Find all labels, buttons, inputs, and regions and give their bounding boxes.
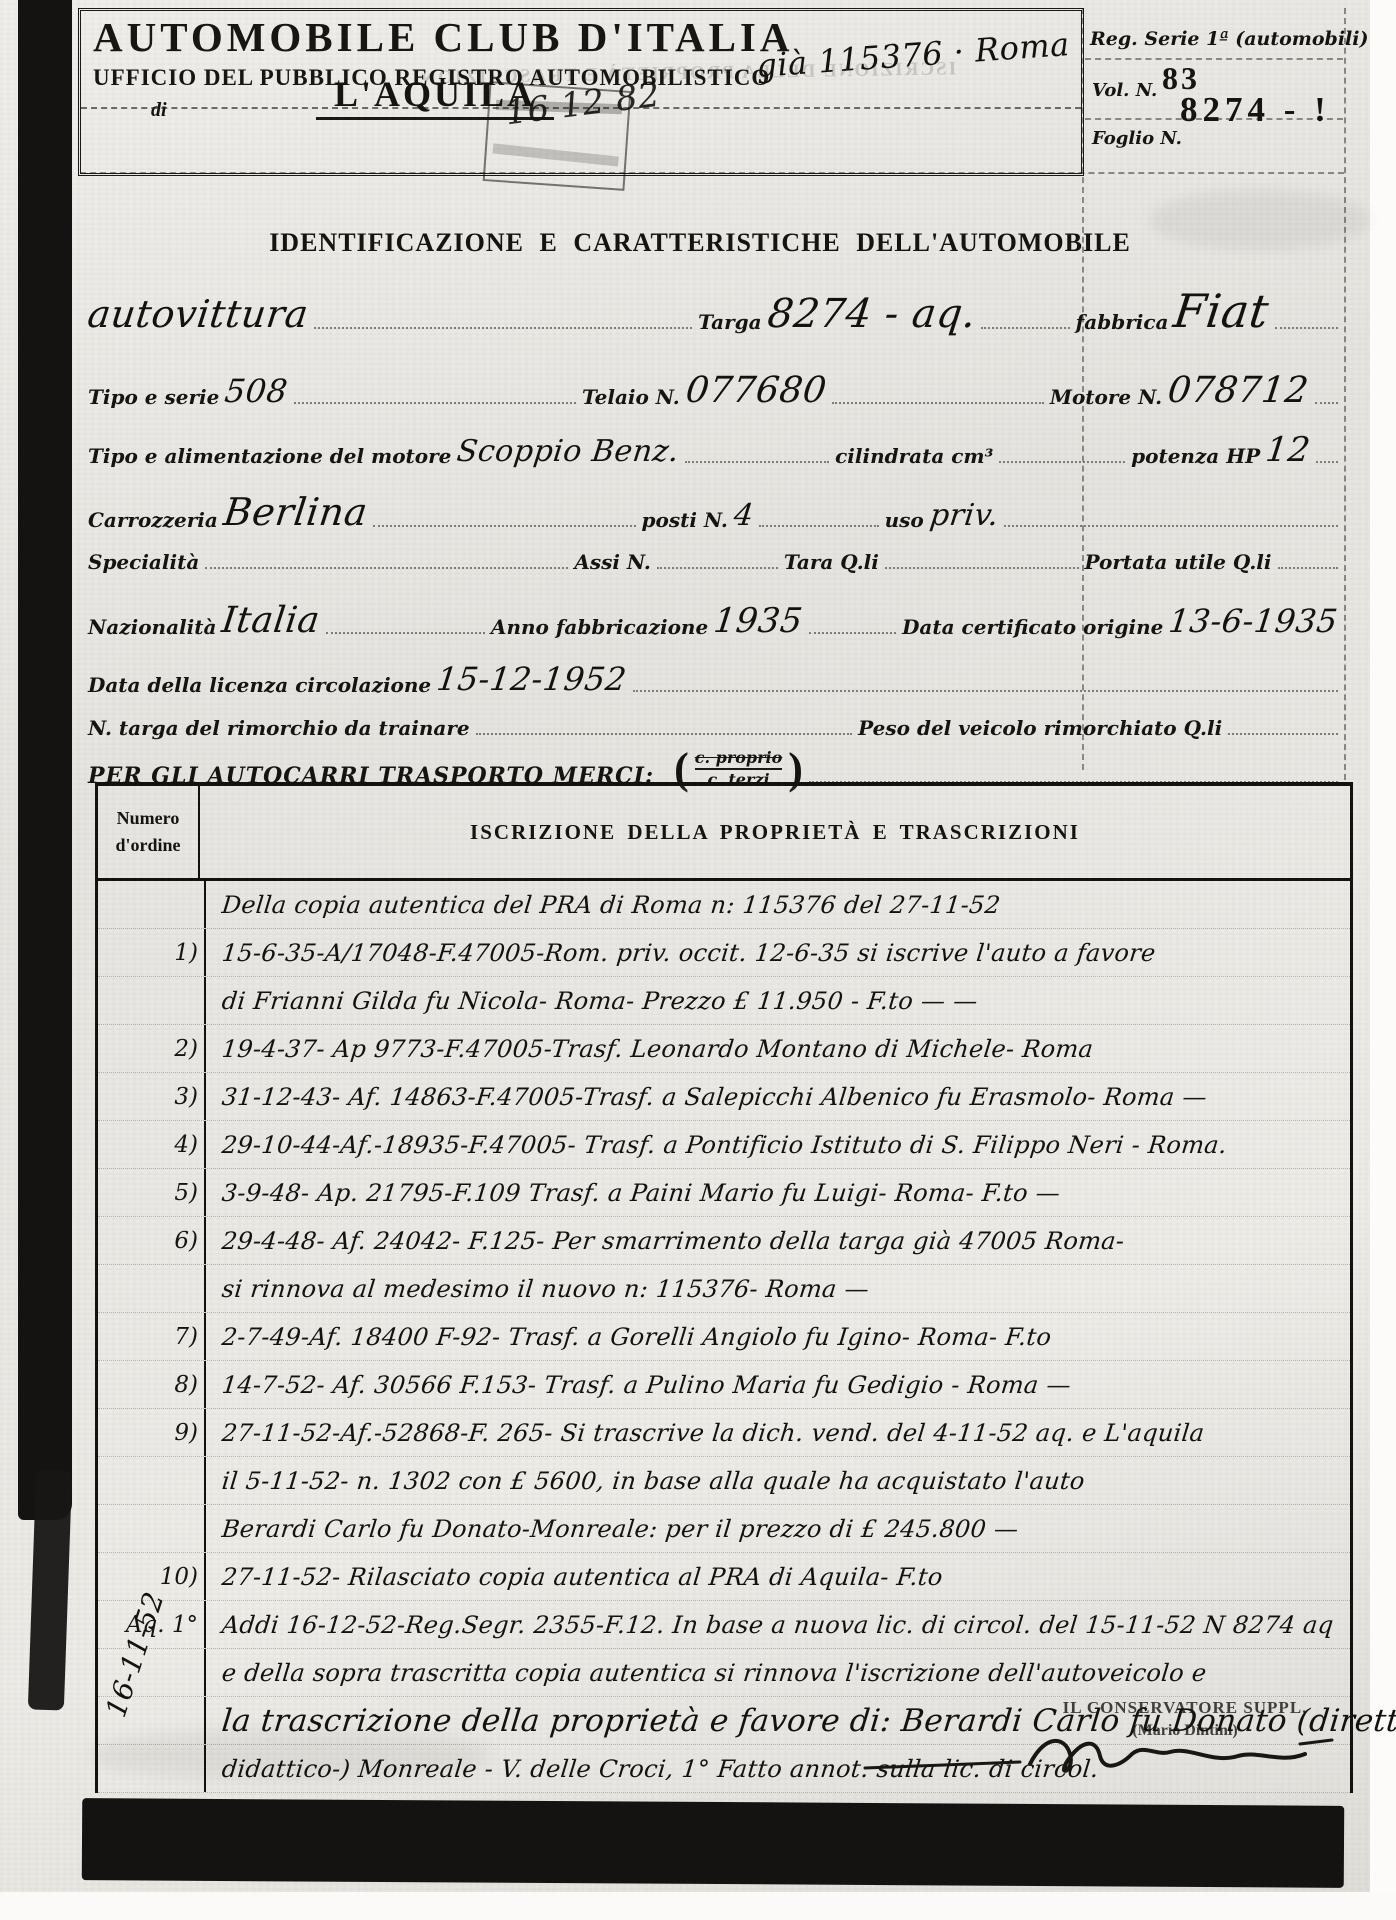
table-row: Aq. 1° Addi 16-12-52-Reg.Segr. 2355-F.12… bbox=[98, 1601, 1350, 1649]
assi-label: Assi N. bbox=[574, 550, 651, 574]
entry-handwritten-text: 29-4-48- Af. 24042- F.125- Per smarrimen… bbox=[204, 1217, 1353, 1264]
entry-number: 8) bbox=[98, 1361, 206, 1408]
table-row: 3) 31-12-43- Af. 14863-F.47005-Trasf. a … bbox=[98, 1073, 1350, 1121]
dotted-rule bbox=[633, 673, 1338, 692]
dotted-rule bbox=[981, 310, 1069, 329]
dotted-rule bbox=[685, 444, 829, 463]
scanned-registration-document: AUTOMOBILE CLUB D'ITALIA ISCRIZIONE DELL… bbox=[0, 0, 1396, 1920]
dotted-rule bbox=[657, 550, 778, 569]
di-label: di bbox=[151, 99, 167, 122]
table-row: 2) 19-4-37- Ap 9773-F.47005-Trasf. Leona… bbox=[98, 1025, 1350, 1073]
table-row: di Frianni Gilda fu Nicola- Roma- Prezzo… bbox=[98, 977, 1350, 1025]
entry-handwritten-text: di Frianni Gilda fu Nicola- Roma- Prezzo… bbox=[204, 977, 1353, 1024]
fabbrica-value: Fiat bbox=[1171, 284, 1272, 338]
table-row: si rinnova al medesimo il nuovo n: 11537… bbox=[98, 1265, 1350, 1313]
alimentazione-label: Tipo e alimentazione del motore bbox=[88, 444, 451, 468]
scan-black-edge-left bbox=[18, 0, 72, 1520]
table-row: Berardi Carlo fu Donato-Monreale: per il… bbox=[98, 1505, 1350, 1553]
posti-label: posti N. bbox=[642, 508, 728, 532]
form-row-licenza: Data della licenza circolazione 15-12-19… bbox=[88, 662, 1338, 700]
dotted-rule bbox=[809, 765, 1338, 784]
entry-number: 1) bbox=[98, 929, 206, 976]
form-row-carrozzeria-posti-uso: Carrozzeria Berlina posti N. 4 uso priv. bbox=[88, 492, 1338, 536]
targa-label: Targa bbox=[698, 310, 761, 334]
entry-handwritten-text: il 5-11-52- n. 1302 con £ 5600, in base … bbox=[204, 1457, 1353, 1504]
dotted-rule bbox=[205, 550, 568, 569]
entry-handwritten-text: 27-11-52-Af.-52868-F. 265- Si trascrive … bbox=[204, 1409, 1353, 1456]
form-row-vehicle-targa-fabbrica: autovittura Targa 8274 - aq. fabbrica Fi… bbox=[88, 286, 1338, 340]
dotted-rule bbox=[999, 444, 1125, 463]
register-series-label: Reg. Serie 1ª (automobili) bbox=[1090, 28, 1369, 50]
entry-number bbox=[98, 977, 206, 1024]
column-header-iscrizione: ISCRIZIONE DELLA PROPRIETÀ E TRASCRIZION… bbox=[200, 786, 1350, 878]
stamp-smudge bbox=[492, 143, 618, 166]
telaio-label: Telaio N. bbox=[582, 385, 680, 409]
dotted-rule bbox=[1316, 444, 1338, 463]
entry-number: 9) bbox=[98, 1409, 206, 1456]
entry-number bbox=[98, 1265, 206, 1312]
scan-black-edge-left-lower bbox=[28, 1469, 72, 1710]
cert-origine-label: Data certificato origine bbox=[902, 615, 1163, 639]
dotted-rule bbox=[314, 310, 692, 329]
uso-value: priv. bbox=[928, 498, 1001, 533]
dotted-rule bbox=[1275, 310, 1338, 329]
table-row: il 5-11-52- n. 1302 con £ 5600, in base … bbox=[98, 1457, 1350, 1505]
entry-handwritten-text: e della sopra trascritta copia autentica… bbox=[204, 1649, 1353, 1696]
table-header-row: Numero d'ordine ISCRIZIONE DELLA PROPRIE… bbox=[98, 786, 1350, 881]
ordine-line: d'ordine bbox=[115, 832, 180, 859]
entry-handwritten-text: si rinnova al medesimo il nuovo n: 11537… bbox=[204, 1265, 1353, 1312]
entry-number: 3) bbox=[98, 1073, 206, 1120]
table-row: 10) 27-11-52- Rilasciato copia autentica… bbox=[98, 1553, 1350, 1601]
targa-value: 8274 - aq. bbox=[765, 291, 979, 337]
rimorchio-label: N. targa del rimorchio da trainare bbox=[88, 716, 470, 740]
uso-label: uso bbox=[885, 508, 924, 532]
table-row: e della sopra trascritta copia autentica… bbox=[98, 1649, 1350, 1697]
vehicle-type-value: autovittura bbox=[85, 292, 311, 336]
dotted-rule bbox=[294, 385, 576, 404]
form-grid-line bbox=[1344, 8, 1346, 780]
signature bbox=[860, 1716, 1340, 1796]
form-row-alimentazione-cilindrata-potenza: Tipo e alimentazione del motore Scoppio … bbox=[88, 432, 1338, 472]
entry-number: 7) bbox=[98, 1313, 206, 1360]
form-grid-line bbox=[80, 172, 1344, 174]
nazionalita-value: Italia bbox=[220, 600, 323, 641]
entry-number bbox=[98, 1745, 206, 1792]
dotted-rule bbox=[1004, 508, 1338, 527]
table-row: 7) 2-7-49-Af. 18400 F-92- Trasf. a Gorel… bbox=[98, 1313, 1350, 1361]
sheet-number-value: 8274 - ! bbox=[1180, 90, 1331, 130]
table-row: 9) 27-11-52-Af.-52868-F. 265- Si trascri… bbox=[98, 1409, 1350, 1457]
posti-value: 4 bbox=[732, 498, 756, 533]
entry-handwritten-text: 29-10-44-Af.-18935-F.47005- Trasf. a Pon… bbox=[204, 1121, 1353, 1168]
entry-handwritten-text: 3-9-48- Ap. 21795-F.109 Trasf. a Paini M… bbox=[204, 1169, 1353, 1216]
dotted-rule bbox=[759, 508, 878, 527]
dotted-rule bbox=[1315, 385, 1339, 404]
anno-fabbricazione-label: Anno fabbricazione bbox=[491, 615, 708, 639]
entry-handwritten-text: Della copia autentica del PRA di Roma n:… bbox=[204, 881, 1353, 928]
scan-black-edge-bottom bbox=[82, 1798, 1344, 1888]
numero-line: Numero bbox=[117, 805, 180, 832]
entry-number bbox=[98, 1505, 206, 1552]
carrozzeria-label: Carrozzeria bbox=[88, 508, 218, 532]
potenza-label: potenza HP bbox=[1131, 444, 1260, 468]
fabbrica-label: fabbrica bbox=[1076, 310, 1169, 334]
table-row: 8) 14-7-52- Af. 30566 F.153- Trasf. a Pu… bbox=[98, 1361, 1350, 1409]
table-row: 4) 29-10-44-Af.-18935-F.47005- Trasf. a … bbox=[98, 1121, 1350, 1169]
cert-origine-value: 13-6-1935 bbox=[1167, 602, 1340, 640]
table-row: 5) 3-9-48- Ap. 21795-F.109 Trasf. a Pain… bbox=[98, 1169, 1350, 1217]
entry-handwritten-text: Berardi Carlo fu Donato-Monreale: per il… bbox=[204, 1505, 1353, 1552]
transcription-table: Numero d'ordine ISCRIZIONE DELLA PROPRIE… bbox=[95, 782, 1353, 1793]
anno-fabbricazione-value: 1935 bbox=[712, 601, 805, 641]
entry-number: 6) bbox=[98, 1217, 206, 1264]
nazionalita-label: Nazionalità bbox=[88, 615, 216, 639]
motore-label: Motore N. bbox=[1050, 385, 1162, 409]
entry-handwritten-text: Addi 16-12-52-Reg.Segr. 2355-F.12. In ba… bbox=[204, 1601, 1353, 1648]
tipo-serie-value: 508 bbox=[223, 372, 290, 410]
form-row-nazionalita-anno-certificato: Nazionalità Italia Anno fabbricazione 19… bbox=[88, 602, 1338, 643]
peso-rimorchiato-label: Peso del veicolo rimorchiato Q.li bbox=[858, 716, 1222, 740]
entry-number: 2) bbox=[98, 1025, 206, 1072]
dotted-rule bbox=[1228, 716, 1338, 735]
dotted-rule bbox=[476, 716, 853, 735]
entry-number: 5) bbox=[98, 1169, 206, 1216]
dotted-rule bbox=[832, 385, 1044, 404]
potenza-value: 12 bbox=[1264, 430, 1313, 470]
entry-handwritten-text: 31-12-43- Af. 14863-F.47005-Trasf. a Sal… bbox=[204, 1073, 1353, 1120]
form-grid-line bbox=[1085, 58, 1343, 60]
telaio-value: 077680 bbox=[683, 370, 828, 411]
section-title: IDENTIFICAZIONE E CARATTERISTICHE DELL'A… bbox=[150, 228, 1250, 258]
licenza-value: 15-12-1952 bbox=[435, 660, 629, 698]
specialita-label: Specialità bbox=[88, 550, 199, 574]
form-row-specialita-assi-tara-portata: Specialità Assi N. Tara Q.li Portata uti… bbox=[88, 550, 1338, 574]
portata-label: Portata utile Q.li bbox=[1085, 550, 1272, 574]
entry-number bbox=[98, 1457, 206, 1504]
form-row-tipo-telaio-motore: Tipo e serie 508 Telaio N. 077680 Motore… bbox=[88, 372, 1338, 413]
table-row: 1) 15-6-35-A/17048-F.47005-Rom. priv. oc… bbox=[98, 929, 1350, 977]
column-header-numero-ordine: Numero d'ordine bbox=[98, 786, 200, 878]
table-body: Della copia autentica del PRA di Roma n:… bbox=[98, 881, 1350, 1793]
entry-handwritten-text: 19-4-37- Ap 9773-F.47005-Trasf. Leonardo… bbox=[204, 1025, 1353, 1072]
volume-label: Vol. N. bbox=[1092, 80, 1157, 101]
autocarri-frac-top: c. proprio bbox=[695, 748, 783, 770]
form-row-rimorchio: N. targa del rimorchio da trainare Peso … bbox=[88, 716, 1338, 740]
scan-white-edge-bottom bbox=[0, 1892, 1396, 1920]
entry-handwritten-text: 27-11-52- Rilasciato copia autentica al … bbox=[204, 1553, 1353, 1600]
sheet-number-label: Foglio N. bbox=[1092, 128, 1182, 149]
licenza-label: Data della licenza circolazione bbox=[88, 673, 431, 697]
entry-number bbox=[98, 881, 206, 928]
tipo-serie-label: Tipo e serie bbox=[88, 385, 219, 409]
entry-handwritten-text: 14-7-52- Af. 30566 F.153- Trasf. a Pulin… bbox=[204, 1361, 1353, 1408]
table-row: 6) 29-4-48- Af. 24042- F.125- Per smarri… bbox=[98, 1217, 1350, 1265]
form-grid-line bbox=[1085, 118, 1343, 120]
stamp-title: IL CONSERVATORE SUPPL. bbox=[1010, 1698, 1360, 1718]
dotted-rule bbox=[373, 508, 635, 527]
scan-white-edge-right bbox=[1370, 0, 1396, 1920]
table-row: Della copia autentica del PRA di Roma n:… bbox=[98, 881, 1350, 929]
org-title: AUTOMOBILE CLUB D'ITALIA bbox=[93, 13, 794, 61]
entry-number: 4) bbox=[98, 1121, 206, 1168]
cilindrata-label: cilindrata cm³ bbox=[835, 444, 993, 468]
dotted-rule bbox=[885, 550, 1079, 569]
dotted-rule bbox=[1278, 550, 1339, 569]
entry-handwritten-text: 15-6-35-A/17048-F.47005-Rom. priv. occit… bbox=[204, 929, 1353, 976]
carrozzeria-value: Berlina bbox=[221, 490, 370, 534]
motore-value: 078712 bbox=[1166, 370, 1311, 411]
entry-handwritten-text: 2-7-49-Af. 18400 F-92- Trasf. a Gorelli … bbox=[204, 1313, 1353, 1360]
alimentazione-value: Scoppio Benz. bbox=[455, 434, 681, 469]
dotted-rule bbox=[326, 615, 485, 634]
dotted-rule bbox=[809, 615, 896, 634]
tara-label: Tara Q.li bbox=[784, 550, 879, 574]
